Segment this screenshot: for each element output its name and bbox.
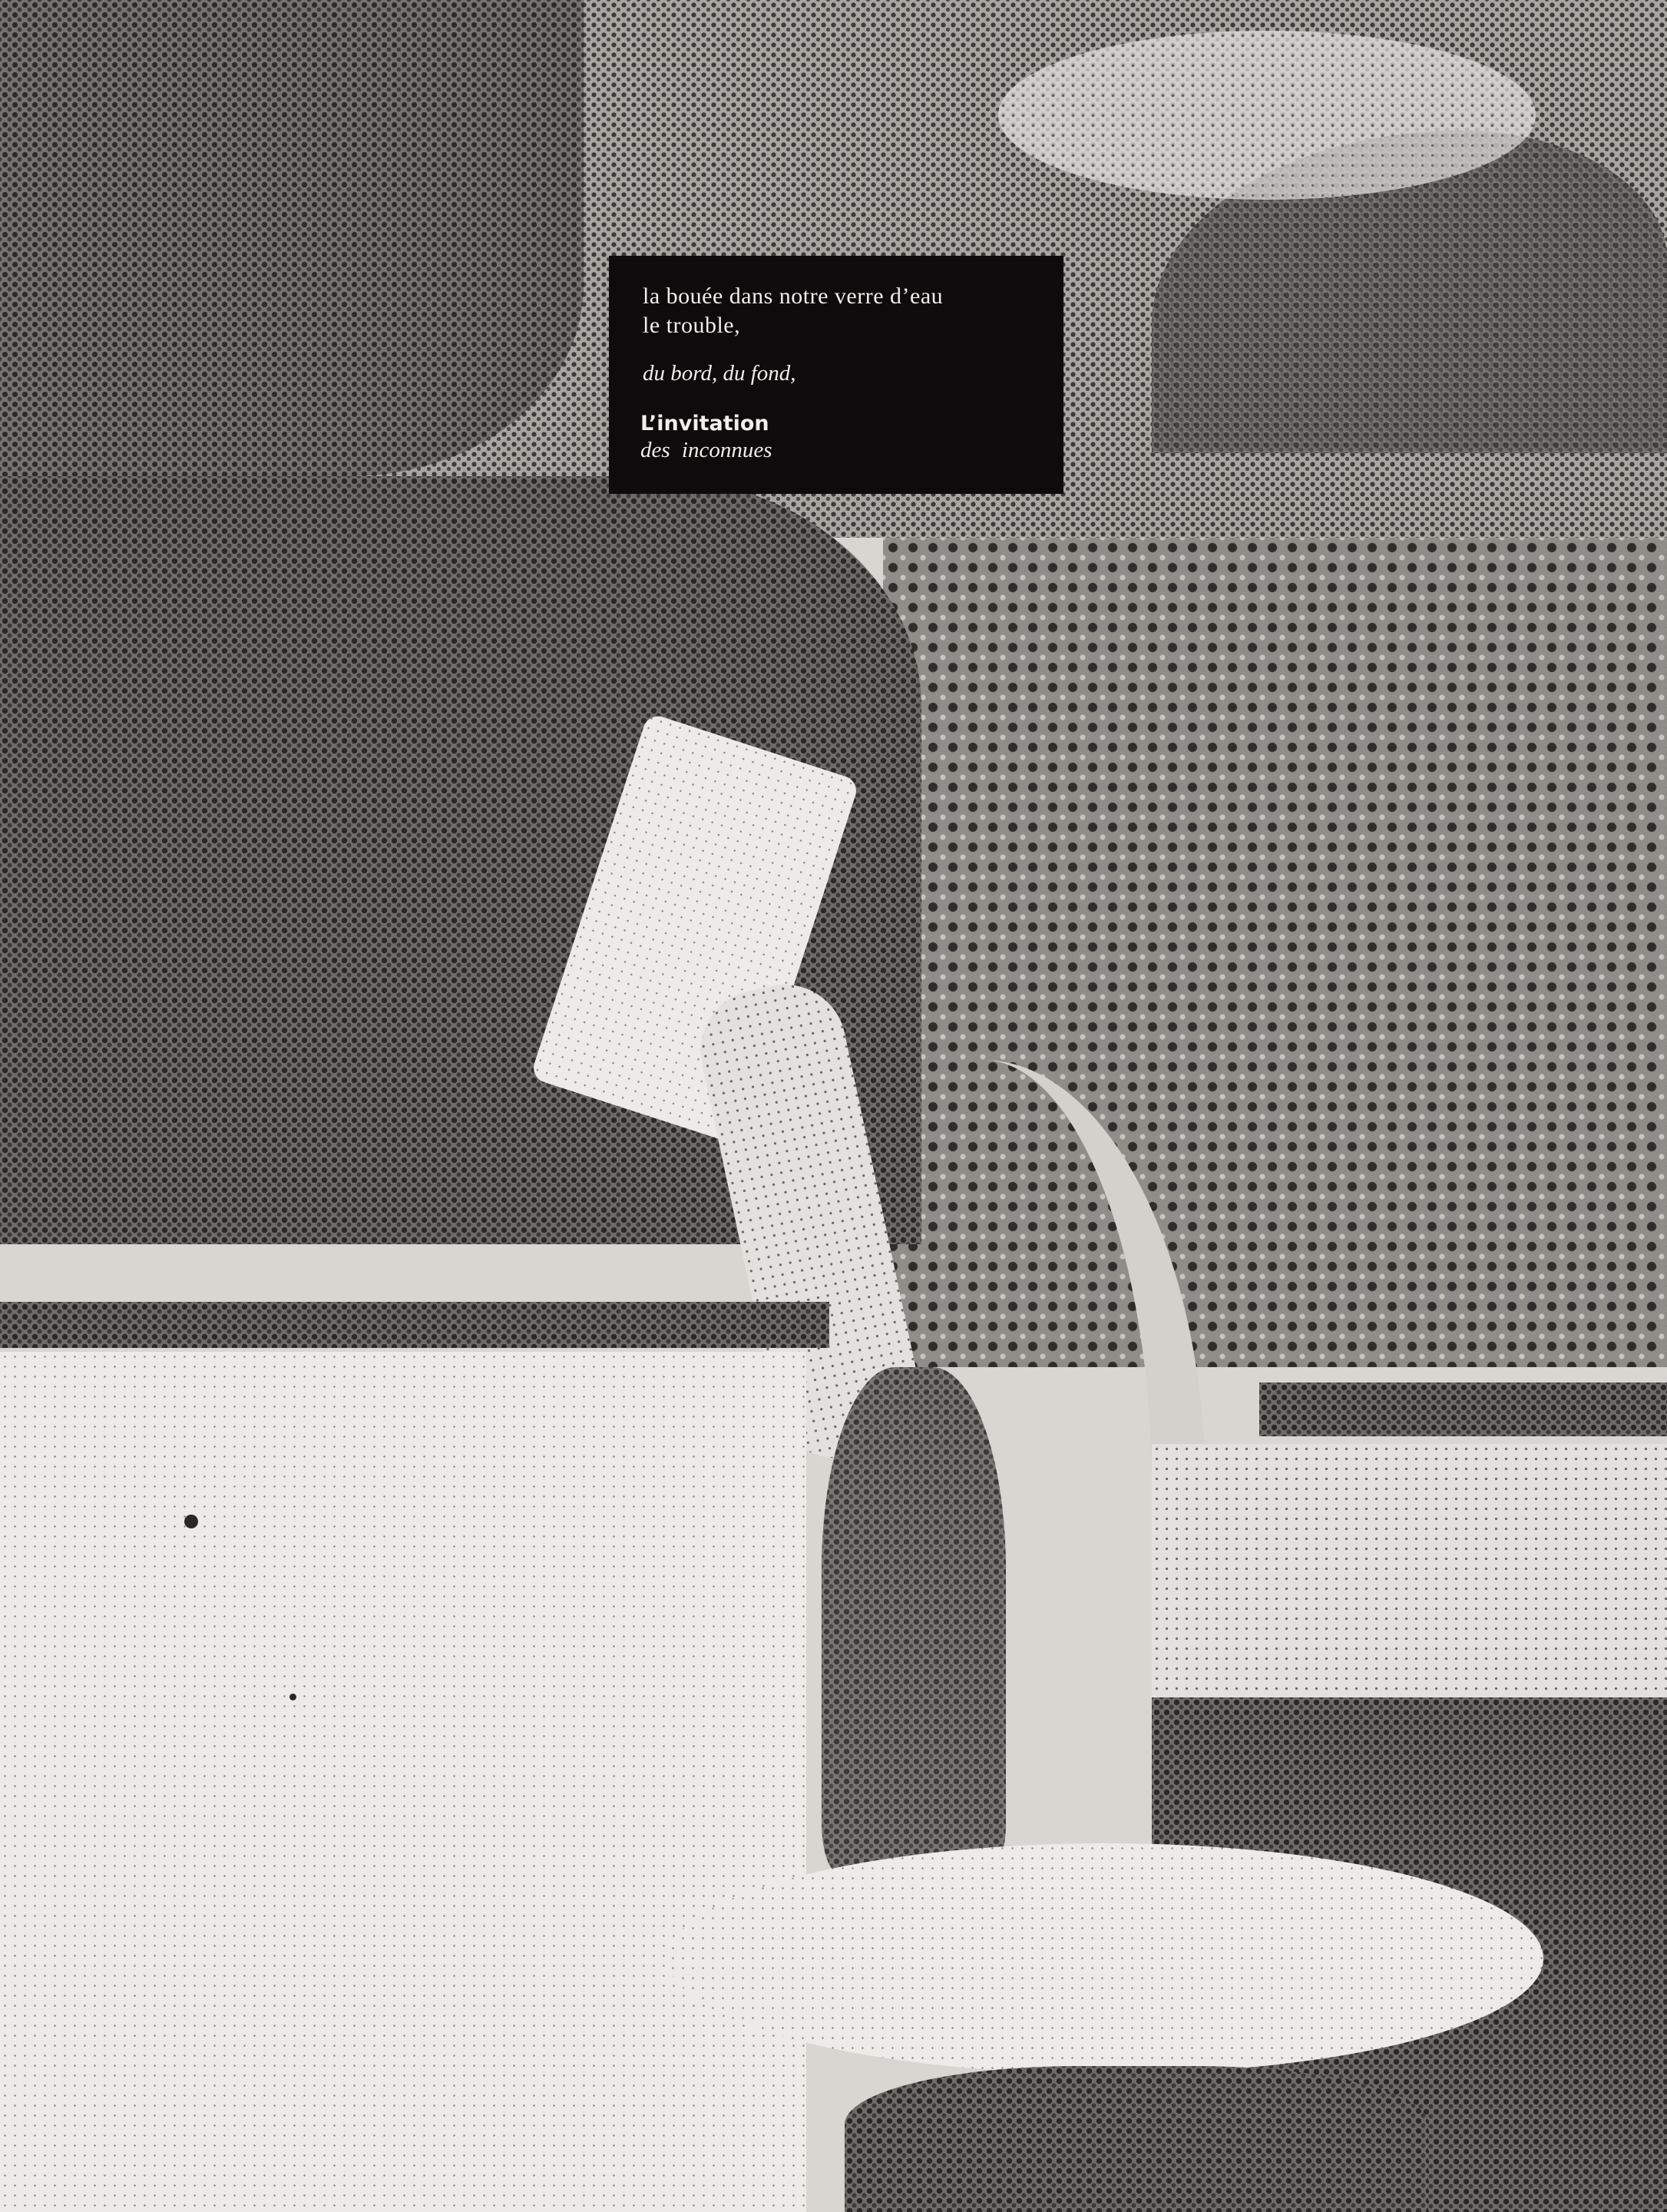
table-edge-band <box>0 1302 829 1348</box>
light-wall-right <box>1152 1444 1667 1697</box>
light-patch-top <box>998 31 1536 200</box>
dark-foliage-left <box>0 0 584 476</box>
label-subtitle: des inconnues <box>640 437 1063 463</box>
tray-base <box>845 2066 1428 2212</box>
label-line-3: du bord, du fond, <box>643 359 1063 388</box>
round-tray <box>668 1843 1543 2074</box>
glass <box>822 1367 1006 1874</box>
label-line-1: la bouée dans notre verre d’eau <box>643 282 1063 311</box>
white-tablecloth <box>0 1352 806 2212</box>
text-label: la bouée dans notre verre d’eau le troub… <box>609 256 1063 494</box>
ink-speck <box>184 1515 198 1528</box>
ink-speck <box>289 1694 296 1700</box>
label-title: L’invitation <box>640 411 1063 437</box>
right-ledge-band <box>1259 1382 1667 1436</box>
label-line-2: le trouble, <box>643 311 1063 340</box>
